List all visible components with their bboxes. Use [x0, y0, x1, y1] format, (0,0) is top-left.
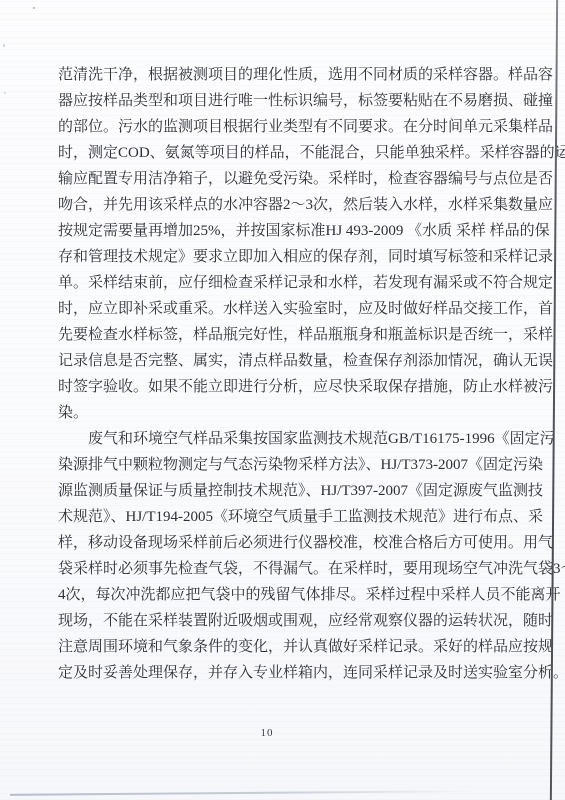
text-line: 先要检查水样标签，样品瓶完好性，样品瓶瓶身和瓶盖标识是否统一，采样: [58, 322, 508, 348]
scanned-page: 范清洗干净，根据被测项目的理化性质，选用不同材质的采样容器。样品容 器应按样品类…: [0, 0, 565, 800]
text-line: 按规定需要量再增加25%，并按国家标准HJ 493-2009 《水质 采样 样品…: [58, 218, 508, 244]
text-line: 定及时妥善处理保存，并存入专业样箱内，连同采样记录及时送实验室分析。: [58, 660, 508, 686]
text-line: 吻合，并先用该采样点的水冲容器2～3次，然后装入水样，水样采集数量应: [58, 192, 508, 218]
text-line: 时，测定COD、氨氮等项目的样品，不能混合，只能单独采样。采样容器的运: [58, 140, 508, 166]
text-line: 袋采样时必须事先检查气袋，不得漏气。在采样时，要用现场空气冲洗气袋3～: [58, 556, 508, 582]
scan-edge-bottom-line: [10, 790, 472, 795]
text-line: 注意周围环境和气象条件的变化，并认真做好采样记录。采好的样品应按规: [58, 634, 508, 660]
text-line: 时签字验收。如果不能立即进行分析，应尽快采取保存措施，防止水样被污: [58, 374, 508, 400]
text-line: 范清洗干净，根据被测项目的理化性质，选用不同材质的采样容器。样品容: [58, 62, 508, 88]
text-line: 4次，每次冲洗都应把气袋中的残留气体排尽。采样过程中采样人员不能离开: [58, 582, 508, 608]
page-number: 10: [252, 727, 282, 739]
text-line: 染源排气中颗粒物测定与气态污染物采样方法》、HJ/T373-2007《固定污染: [58, 452, 508, 478]
text-line: 样，移动设备现场采样前后必须进行仪器校准，校准合格后方可使用。用气: [58, 530, 508, 556]
text-line: 器应按样品类型和项目进行唯一性标识编号，标签要粘贴在不易磨损、碰撞: [58, 88, 508, 114]
text-line: 时，应立即补采或重采。水样送入实验室时，应及时做好样品交接工作，首: [58, 296, 508, 322]
scan-speck: [33, 7, 35, 9]
scan-speck: [4, 92, 6, 94]
text-line: 的部位。污水的监测项目根据行业类型有不同要求。在分时间单元采集样品: [58, 114, 508, 140]
document-text: 范清洗干净，根据被测项目的理化性质，选用不同材质的采样容器。样品容 器应按样品类…: [58, 62, 508, 686]
text-line: 记录信息是否完整、属实，清点样品数量，检查保存剂添加情况，确认无误: [58, 348, 508, 374]
text-line: 单。采样结束前，应仔细检查采样记录和水样，若发现有漏采或不符合规定: [58, 270, 508, 296]
text-line: 源监测质量保证与质量控制技术规范》、HJ/T397-2007《固定源废气监测技: [58, 478, 508, 504]
text-line: 存和管理技术规定》要求立即加入相应的保存剂，同时填写标签和采样记录: [58, 244, 508, 270]
text-line: 染。: [58, 400, 508, 426]
text-line: 输应配置专用洁净箱子，以避免受污染。采样时，检查容器编号与点位是否: [58, 166, 508, 192]
text-line: 废气和环境空气样品采集按国家监测技术规范GB/T16175-1996《固定污: [58, 426, 508, 452]
scan-speck: [3, 44, 5, 47]
text-line: 术规范》、HJ/T194-2005《环境空气质量手工监测技术规范》进行布点、采: [58, 504, 508, 530]
text-line: 现场，不能在采样装置附近吸烟或围观，应经常观察仪器的运转状况，随时: [58, 608, 508, 634]
